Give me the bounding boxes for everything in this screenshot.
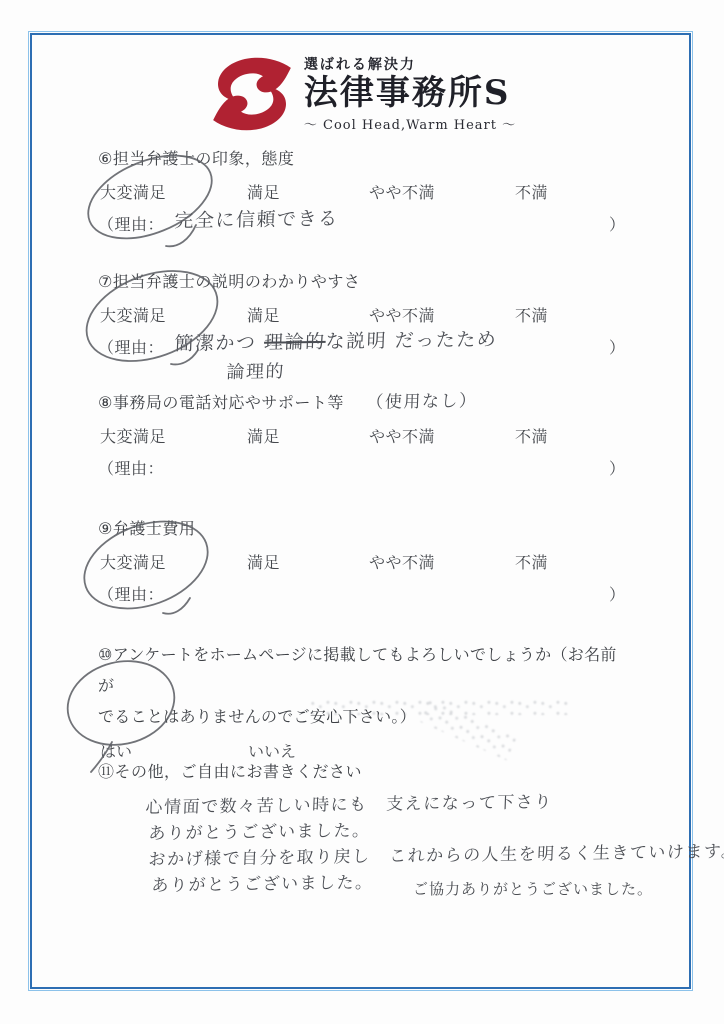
reason-part-struck: 理論的	[264, 331, 326, 354]
question-8: ⑧ 事務局の電話対応やサポート等 （使用なし） 大変満足 満足 やや不満 不満 …	[98, 393, 618, 482]
question-7-number: ⑦	[98, 272, 113, 292]
question-9-title: ⑨ 弁護士費用	[98, 519, 618, 539]
firm-name: 法律事務所S	[304, 74, 511, 113]
option-dissatisfied: 不満	[515, 550, 548, 573]
question-7-options: 大変満足 満足 やや不満 不満	[98, 303, 618, 324]
question-11-number: ⑪	[98, 762, 115, 782]
option-satisfied: 満足	[247, 550, 280, 573]
law-firm-logo: 選ばれる解決力 法律事務所S ～ Cool Head,Warm Heart ～	[0, 54, 724, 133]
option-dissatisfied: 不満	[515, 180, 548, 203]
question-10-options: はい いいえ	[98, 739, 618, 761]
reason-open-label: （理由：	[98, 338, 164, 357]
option-dissatisfied: 不満	[515, 303, 548, 326]
reason-open-label: （理由：	[98, 585, 164, 604]
question-9-reason-line: （理由： ）	[98, 582, 618, 608]
option-somewhat-dissatisfied: やや不満	[369, 180, 435, 203]
question-7-handwritten-reason: 簡潔かつ 理論的な説明 だったため	[174, 324, 498, 356]
reason-close-label: ）	[609, 582, 626, 605]
reason-close-label: ）	[609, 212, 626, 235]
option-somewhat-dissatisfied: やや不満	[369, 550, 435, 573]
reason-part-pre: 簡潔かつ	[174, 332, 264, 355]
reason-open-label: （理由：	[98, 459, 164, 478]
question-7: ⑦ 担当弁護士の説明のわかりやすさ 大変満足 満足 やや不満 不満 （理由： 簡…	[98, 272, 618, 361]
question-6-title: ⑥ 担当弁護士の印象，態度	[98, 149, 618, 169]
s-swirl-logo-icon	[208, 56, 296, 132]
reason-open-label: （理由：	[98, 215, 164, 234]
option-dissatisfied: 不満	[515, 424, 548, 447]
question-7-reason-line: （理由： 簡潔かつ 理論的な説明 だったため 論理的 ）	[98, 335, 618, 361]
question-11-title: ⑪ その他，ご自由にお書きください	[98, 762, 673, 782]
closing-thanks-text: ご協力ありがとうございました。	[413, 878, 653, 899]
question-8-reason-line: （理由： ）	[98, 456, 618, 482]
option-very-satisfied: 大変満足	[100, 550, 166, 573]
logo-motto: ～ Cool Head,Warm Heart ～	[304, 114, 516, 133]
question-6: ⑥ 担当弁護士の印象，態度 大変満足 満足 やや不満 不満 （理由： 完全に信頼…	[98, 149, 618, 238]
option-satisfied: 満足	[247, 180, 280, 203]
reason-close-label: ）	[609, 456, 626, 479]
option-somewhat-dissatisfied: やや不満	[369, 424, 435, 447]
question-8-title: ⑧ 事務局の電話対応やサポート等 （使用なし）	[98, 393, 618, 413]
question-7-title: ⑦ 担当弁護士の説明のわかりやすさ	[98, 272, 618, 292]
question-10: ⑩アンケートをホームページに掲載してもよろしいでしょうか（お名前が でることはあ…	[98, 639, 618, 761]
question-10-text-line2: でることはありませんのでご安心下さい。）	[98, 701, 618, 732]
question-9-options: 大変満足 満足 やや不満 不満	[98, 550, 618, 571]
question-9: ⑨ 弁護士費用 大変満足 満足 やや不満 不満 （理由： ）	[98, 519, 618, 608]
option-no: いいえ	[248, 739, 296, 762]
question-6-number: ⑥	[98, 149, 113, 169]
question-6-handwritten-reason: 完全に信頼できる	[174, 204, 339, 233]
option-somewhat-dissatisfied: やや不満	[369, 303, 435, 326]
option-very-satisfied: 大変満足	[100, 424, 166, 447]
logo-text-block: 選ばれる解決力 法律事務所S ～ Cool Head,Warm Heart ～	[304, 54, 516, 133]
logo-tagline: 選ばれる解決力	[304, 54, 416, 74]
question-8-number: ⑧	[98, 393, 113, 413]
option-satisfied: 満足	[247, 424, 280, 447]
scanned-survey-page: 選ばれる解決力 法律事務所S ～ Cool Head,Warm Heart ～ …	[0, 0, 724, 1024]
question-7-handwritten-correction: 論理的	[226, 357, 286, 384]
question-9-number: ⑨	[98, 519, 113, 539]
question-10-text-line1: ⑩アンケートをホームページに掲載してもよろしいでしょうか（お名前が	[98, 639, 618, 701]
question-6-options: 大変満足 満足 やや不満 不満	[98, 180, 618, 201]
reason-close-label: ）	[609, 335, 626, 358]
reason-part-post: な説明 だったため	[325, 328, 498, 352]
option-very-satisfied: 大変満足	[100, 180, 166, 203]
option-satisfied: 満足	[247, 303, 280, 326]
option-very-satisfied: 大変満足	[100, 303, 166, 326]
question-8-options: 大変満足 満足 やや不満 不満	[98, 424, 618, 445]
question-6-reason-line: （理由： 完全に信頼できる ）	[98, 212, 618, 238]
question-10-number: ⑩	[98, 645, 113, 664]
option-yes: はい	[100, 739, 132, 762]
question-8-handwritten-annotation: （使用なし）	[366, 391, 478, 413]
